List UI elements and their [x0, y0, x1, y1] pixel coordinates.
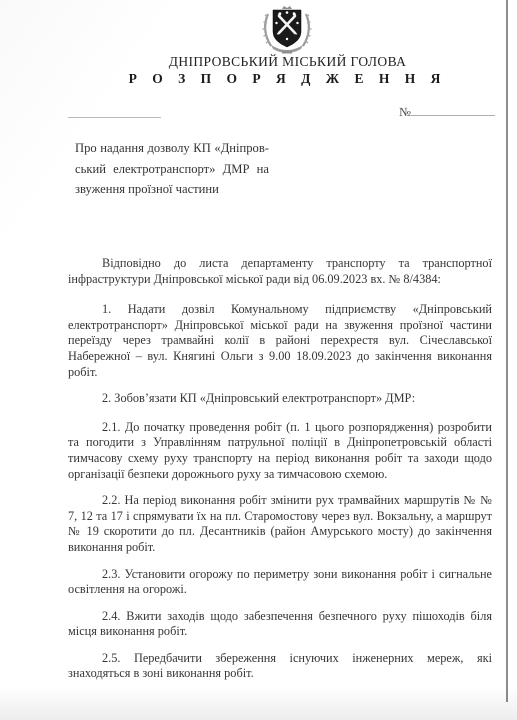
number-field: №: [399, 103, 495, 120]
subject-line: ський електротранспорт» ДМР на: [75, 159, 269, 180]
scan-page-edge: [506, 0, 508, 702]
paragraph-2-2: 2.2. На період виконання робіт змінити р…: [68, 493, 492, 555]
paragraph-2-4: 2.4. Вжити заходів щодо забезпечення без…: [68, 609, 492, 640]
paragraph-2-5: 2.5. Передбачити збереження існуючих інж…: [68, 651, 492, 682]
subject-line: Про надання дозволу КП «Дніпров-: [75, 138, 269, 159]
date-blank-line: [68, 103, 161, 118]
number-blank-line: [411, 103, 495, 116]
subject-line: звуження проїзної частини: [75, 179, 269, 200]
paragraph-2: 2. Зобов’язати КП «Дніпровський електрот…: [68, 391, 492, 407]
paragraph-intro: Відповідно до листа департаменту транспо…: [68, 256, 492, 287]
document-page: ДНІПРОВСЬКИЙ МІСЬКИЙ ГОЛОВА Р О З П О Р …: [0, 0, 517, 720]
paragraph-1: 1. Надати дозвіл Комунальному підприємст…: [68, 302, 492, 380]
paragraph-2-3: 2.3. Установити огорожу по периметру зон…: [68, 567, 492, 598]
dnipro-coat-of-arms-icon: [256, 3, 318, 55]
subject-block: Про надання дозволу КП «Дніпров- ський е…: [75, 138, 269, 200]
number-label: №: [399, 105, 411, 119]
document-body: Відповідно до листа департаменту транспо…: [68, 256, 492, 693]
document-type-title: Р О З П О Р Я Д Ж Е Н Н Я: [68, 71, 507, 87]
paragraph-2-1: 2.1. До початку проведення робіт (п. 1 ц…: [68, 420, 492, 482]
organization-name: ДНІПРОВСЬКИЙ МІСЬКИЙ ГОЛОВА: [68, 54, 507, 70]
